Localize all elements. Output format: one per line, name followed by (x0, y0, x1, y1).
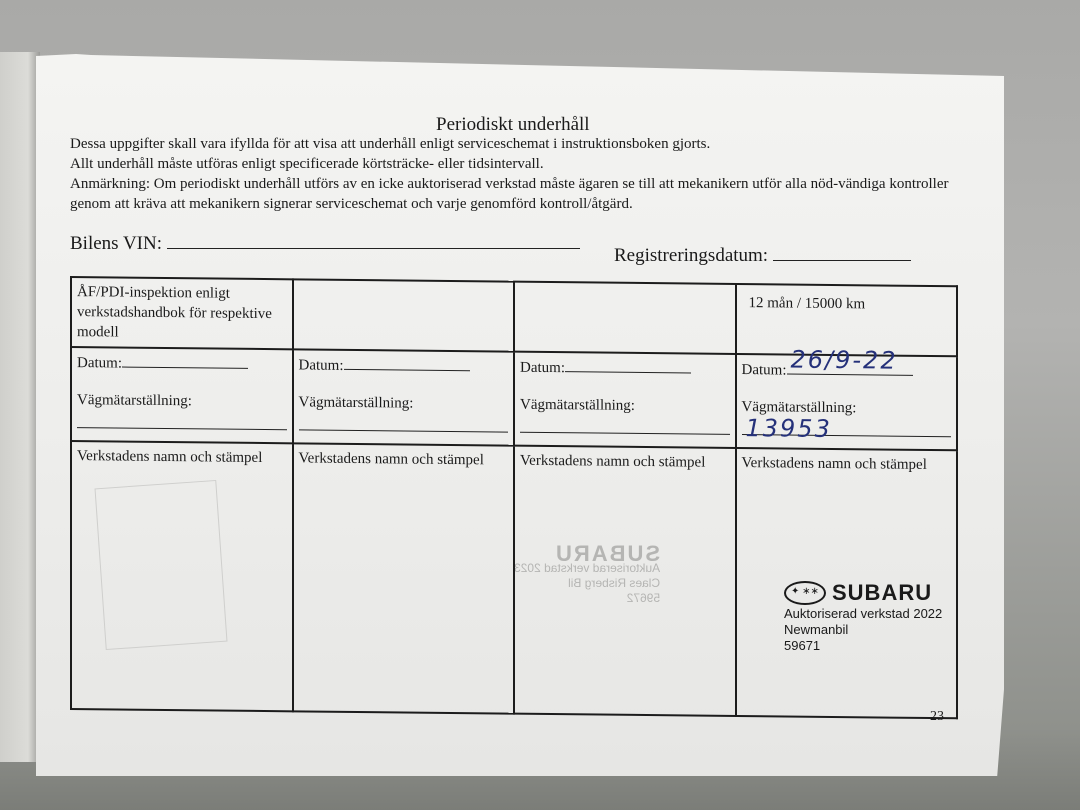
date-input[interactable]: 26/9-22 (787, 360, 913, 376)
workshop-stamp-cell: Verkstadens namn och stämpel (293, 443, 515, 713)
registration-field: Registreringsdatum: (614, 244, 911, 267)
table-row-date-odometer: Datum: Vägmätarställning: Datum: Vägmäta… (71, 347, 957, 450)
date-label: Datum: (77, 355, 122, 371)
odometer-label: Vägmätarställning: (77, 392, 287, 411)
date-input[interactable] (344, 355, 470, 371)
handwritten-date: 26/9-22 (791, 346, 898, 375)
vin-label: Bilens VIN: (70, 233, 162, 254)
odometer-label: Vägmätarställning: (299, 394, 509, 413)
date-label: Datum: (520, 360, 565, 376)
date-input[interactable] (122, 353, 248, 369)
odometer-input[interactable] (520, 416, 730, 435)
page-number: 23 (930, 709, 944, 725)
stamp-dealer-name: Newmanbil (784, 622, 942, 638)
stamp-authorization: Auktoriserad verkstad 2022 (784, 606, 942, 622)
date-odometer-cell: Datum: Vägmätarställning: (71, 347, 293, 443)
workshop-stamp-cell: Verkstadens namn och stämpel (71, 441, 293, 711)
left-page-edge (0, 52, 40, 762)
intro-line: Allt underhåll måste utföras enligt spec… (70, 154, 970, 174)
odometer-input[interactable] (299, 413, 509, 432)
dealer-stamp: SUBARU Auktoriserad verkstad 2022 Newman… (784, 580, 942, 654)
page-title: Periodiskt underhåll (436, 114, 590, 136)
date-odometer-cell: Datum: Vägmätarställning: (293, 349, 515, 445)
handwritten-odometer: 13953 (746, 414, 832, 443)
date-label: Datum: (299, 357, 344, 373)
intro-line: Dessa uppgifter skall vara ifyllda för a… (70, 134, 970, 154)
date-field: Datum:26/9-22 (742, 359, 952, 381)
intro-note: Anmärkning: Om periodiskt underhåll utfö… (70, 174, 970, 214)
stamp-brand: SUBARU (832, 580, 932, 606)
intro-text: Dessa uppgifter skall vara ifyllda för a… (70, 134, 970, 214)
odometer-label: Vägmätarställning: (520, 397, 730, 416)
odometer-input[interactable]: 13953 (742, 418, 952, 437)
table-row-header: ÅF/PDI-inspektion enligt verkstadshandbo… (71, 277, 957, 356)
header-cell (514, 282, 736, 354)
vin-input[interactable] (167, 232, 580, 249)
stamp-dealer-number: 59671 (784, 638, 942, 654)
document-page: Periodiskt underhåll Dessa uppgifter ska… (36, 54, 1004, 776)
registration-input[interactable] (773, 244, 911, 261)
date-odometer-cell: Datum: Vägmätarställning: (514, 352, 736, 448)
vin-field: Bilens VIN: (70, 232, 580, 255)
subaru-logo-icon (784, 581, 826, 605)
odometer-input[interactable] (77, 411, 287, 430)
date-field: Datum: (520, 357, 730, 379)
date-label: Datum: (742, 362, 787, 378)
workshop-stamp-cell: Verkstadens namn och stämpel (514, 446, 736, 716)
date-odometer-cell: Datum:26/9-22 Vägmätarställning: 13953 (736, 354, 958, 450)
header-cell-pdi: ÅF/PDI-inspektion enligt verkstadshandbo… (71, 277, 293, 349)
registration-label: Registreringsdatum: (614, 245, 768, 266)
date-input[interactable] (565, 357, 691, 373)
date-field: Datum: (299, 354, 509, 376)
header-cell (293, 279, 515, 351)
date-field: Datum: (77, 352, 287, 374)
